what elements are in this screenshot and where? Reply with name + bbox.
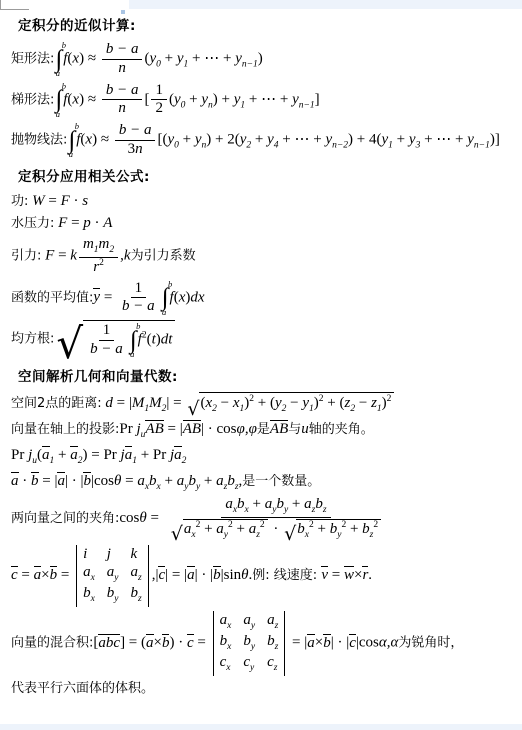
vector-overline: a: [307, 634, 315, 652]
math-operator: 1: [103, 322, 111, 338]
math-operator: = |: [288, 635, 307, 651]
math-variable: F: [61, 193, 70, 209]
radical: √(x2 − x1)2 + (y2 − y1)2 + (z2 − z1)2: [187, 392, 394, 416]
label-text: 引力:: [11, 249, 41, 264]
vector-overline: b: [50, 566, 58, 584]
math-operator: +: [393, 131, 409, 147]
subscript: z: [323, 505, 327, 515]
math-operator: ): [258, 50, 263, 66]
matrix-grid: ijkaxayazbxbybz: [83, 547, 142, 605]
matrix-cell: by: [107, 586, 119, 605]
formula-line: 代表平行六面体的体积。: [11, 680, 518, 698]
math-operator: + ⋯ +: [420, 131, 467, 147]
fraction: b − an: [102, 83, 143, 118]
math-variable: b − a: [122, 298, 155, 314]
math-variable: b: [131, 585, 139, 601]
math-variable: y: [467, 131, 474, 147]
matrix-cell: bz: [131, 586, 142, 605]
math-variable: c: [243, 654, 250, 670]
math-operator: =: [328, 567, 344, 583]
math-operator: )]: [490, 131, 500, 147]
section-heading: 定积分应用相关公式:: [18, 165, 518, 185]
math-operator: +: [200, 473, 216, 489]
vector-overline: a: [57, 472, 65, 490]
label-text: 与: [288, 422, 301, 437]
math-variable: b: [188, 473, 196, 489]
label-text: 是一个数量。: [242, 474, 320, 489]
math-variable: y: [174, 91, 181, 107]
math-variable: AB: [145, 421, 163, 437]
math-operator: +: [200, 521, 216, 537]
subscript: n−1: [242, 59, 258, 69]
math-variable: b: [243, 633, 251, 649]
math-operator: +: [288, 496, 304, 512]
radical: √bx2 + by2 + bz2: [284, 519, 381, 541]
math-operator: | · |: [65, 473, 84, 489]
matrix-cell: cy: [243, 655, 254, 674]
math-variable: θ: [241, 567, 248, 583]
matrix-cell: az: [131, 565, 142, 584]
vector-overline: a: [187, 566, 195, 584]
integral-glyph: ∫: [162, 288, 169, 308]
math-operator: ×: [154, 635, 162, 651]
math-variable: A: [103, 215, 112, 231]
radicand: (x2 − x1)2 + (y2 − y1)2 + (z2 − z1)2: [199, 392, 394, 416]
fraction-numerator: axbx + ayby + azbz: [221, 497, 330, 518]
subscript: y: [337, 530, 341, 540]
integral-lower-bound: a: [69, 150, 73, 159]
subscript: x: [226, 663, 230, 673]
fraction-denominator: n: [114, 60, 130, 77]
vector-overline: b: [323, 634, 331, 652]
math-operator: +: [314, 521, 330, 537]
integral-upper-bound: b: [136, 322, 140, 331]
label-text: 向量在轴上的投影:: [11, 422, 119, 437]
integral-upper-bound: b: [75, 122, 79, 131]
math-variable: b: [323, 635, 331, 651]
formula-line: c = a×b = ijkaxayazbxbybz,|c| = |a| · |b…: [11, 545, 518, 607]
math-variable: b: [149, 473, 157, 489]
label-text: 是: [257, 422, 270, 437]
fraction-numerator: 1: [99, 323, 115, 341]
matrix-cell: i: [83, 547, 87, 563]
math-variable: b: [83, 585, 91, 601]
formula-line: 空间2点的距离: d = |M1M2| = √(x2 − x1)2 + (y2 …: [11, 392, 518, 416]
math-operator: +: [233, 521, 249, 537]
superscript: 2: [373, 520, 378, 530]
math-variable: k: [124, 248, 131, 264]
vector-overline: a: [42, 446, 50, 464]
math-operator: =: [57, 567, 73, 583]
matrix-cell: bx: [83, 586, 95, 605]
formula-line: 引力: F = km1m2r2,k为引力系数: [11, 237, 518, 276]
subscript: 2: [109, 245, 114, 255]
math-variable: n: [118, 100, 126, 116]
subscript: z: [256, 530, 260, 540]
math-operator: = |: [113, 395, 132, 411]
radicand: bx2 + by2 + bz2: [296, 519, 381, 541]
math-variable: a: [307, 635, 315, 651]
math-variable: a: [267, 612, 275, 628]
math-variable: a: [187, 567, 195, 583]
integral-lower-bound: a: [56, 69, 60, 78]
math-variable: b − a: [90, 341, 123, 357]
integral-upper-bound: b: [168, 280, 172, 289]
math-operator: cos: [119, 511, 139, 527]
formula-line: 函数的平均值:y = 1b − ab∫af(x)dx: [11, 280, 518, 317]
section-heading: 定积分的近似计算:: [18, 14, 518, 34]
subscript: x: [91, 594, 95, 604]
math-operator: | · cos: [201, 421, 237, 437]
math-variable: a: [174, 447, 182, 463]
math-operator: | · |: [331, 635, 350, 651]
math-variable: AB: [183, 421, 201, 437]
section-heading: 空间解析几何和向量代数:: [18, 365, 518, 385]
math-variable: b: [276, 496, 284, 512]
math-variable: u: [301, 421, 309, 437]
math-variable: M: [132, 395, 145, 411]
math-variable: y: [267, 131, 274, 147]
math-variable: c: [187, 635, 194, 651]
math-variable: dt: [161, 332, 173, 348]
vector-overline: v: [321, 566, 328, 584]
math-variable: p: [83, 215, 91, 231]
determinant: axayazbxbybzcxcycz: [213, 611, 286, 676]
subscript: x: [91, 573, 95, 583]
math-operator: +: [346, 521, 362, 537]
math-operator: ]: [315, 91, 320, 107]
subscript: y: [224, 530, 228, 540]
math-operator: =: [121, 473, 137, 489]
formula-line: 两向量之间的夹角:cosθ = axbx + ayby + azbz√ax2 +…: [11, 497, 518, 541]
math-operator: + ⋯ +: [279, 131, 326, 147]
math-variable: y: [292, 91, 299, 107]
math-operator: [: [144, 91, 149, 107]
math-variable: y: [201, 91, 208, 107]
fraction: axbx + ayby + azbz√ax2 + ay2 + az2 · √bx…: [165, 497, 387, 541]
math-variable: φ: [237, 421, 245, 437]
formula-line: Pr ju(a1 + a2) = Pr ja1 + Pr ja2: [11, 446, 518, 468]
math-variable: φ: [249, 421, 257, 437]
math-operator: | =: [166, 395, 185, 411]
math-variable: W: [32, 193, 45, 209]
fraction-denominator: b − a: [86, 341, 127, 358]
matrix-cell: bx: [220, 634, 232, 653]
integral-lower-bound: a: [130, 350, 134, 359]
math-variable: a: [243, 612, 251, 628]
matrix-cell: ax: [220, 613, 232, 632]
matrix-cell: bz: [267, 634, 278, 653]
label-text: 矩形法:: [11, 51, 54, 66]
integral-sign: b∫a: [68, 122, 75, 159]
math-variable: m: [83, 236, 94, 252]
math-variable: a: [220, 612, 228, 628]
math-variable: a: [216, 521, 224, 537]
math-operator: ×: [354, 567, 362, 583]
math-operator: ·: [19, 473, 32, 489]
subscript: y: [251, 642, 255, 652]
radicand: 1b − ab∫af2(t)dt: [83, 320, 175, 359]
vector-overline: a: [98, 634, 106, 652]
superscript: 2: [387, 394, 392, 404]
subscript: x: [227, 642, 231, 652]
math-operator: +: [161, 473, 177, 489]
math-variable: d: [105, 395, 113, 411]
math-variable: m: [99, 236, 110, 252]
vector-overline: a: [11, 472, 19, 490]
math-operator: = |: [39, 473, 58, 489]
vector-overline: AB: [270, 420, 288, 438]
formula-line: 抛物线法:b∫af(x) ≈ b − a3n[(y0 + yn) + 2(y2 …: [11, 122, 518, 159]
fraction-denominator: 2: [151, 100, 167, 117]
subscript: n−1: [474, 140, 490, 150]
math-operator: +: [251, 131, 267, 147]
math-variable: dx: [190, 289, 204, 305]
math-operator: +: [249, 496, 265, 512]
integral-sign: b∫a: [162, 280, 169, 317]
integral-lower-bound: a: [162, 308, 166, 317]
vector-overline: c: [187, 634, 194, 652]
fraction: 1b − a: [86, 323, 127, 358]
math-variable: k: [70, 248, 77, 264]
math-variable: α: [379, 635, 387, 651]
vector-overline: a: [70, 446, 78, 464]
math-variable: a: [131, 564, 139, 580]
math-variable: c: [267, 654, 274, 670]
label-text: 抛物线法:: [11, 132, 67, 147]
fraction: 1b − a: [118, 281, 159, 316]
superscript: 2: [260, 520, 265, 530]
math-operator: + (: [324, 395, 345, 411]
viewer-background-strip-bottom: [0, 724, 522, 730]
math-operator: ] = (: [120, 635, 146, 651]
math-operator: −: [286, 395, 302, 411]
matrix-cell: az: [267, 613, 278, 632]
math-variable: b: [50, 567, 58, 583]
math-variable: F: [45, 248, 54, 264]
fraction-denominator: 3n: [124, 141, 147, 158]
vector-overline: b: [83, 472, 91, 490]
math-operator: ) ≈: [92, 131, 113, 147]
matrix-cell: ax: [83, 565, 95, 584]
matrix-cell: ay: [107, 565, 119, 584]
fraction: 12: [151, 83, 167, 118]
label-text: 水压力:: [11, 216, 54, 231]
integral-upper-bound: b: [62, 82, 66, 91]
math-variable: y: [409, 131, 416, 147]
border-artifact-vertical: [0, 0, 1, 10]
math-operator: ·: [91, 215, 104, 231]
math-variable: a: [304, 496, 312, 512]
matrix-cell: ay: [243, 613, 255, 632]
math-operator: =: [100, 289, 116, 305]
subscript: z: [138, 594, 142, 604]
label-text: 函数的平均值:: [11, 290, 93, 305]
subscript: z: [274, 663, 278, 673]
fraction: m1m2r2: [79, 237, 118, 276]
math-variable: a: [98, 635, 106, 651]
document-page: 定积分的近似计算:矩形法:b∫af(x) ≈ b − an(y0 + y1 + …: [0, 0, 522, 697]
math-variable: M: [149, 395, 162, 411]
subscript: x: [191, 530, 195, 540]
subscript: x: [305, 530, 309, 540]
math-operator: ·: [270, 522, 283, 538]
radical: √ax2 + ay2 + az2: [171, 519, 268, 541]
math-operator: =: [54, 248, 70, 264]
vector-overline: w: [344, 566, 354, 584]
math-variable: θ: [139, 511, 146, 527]
math-variable: c: [349, 635, 356, 651]
vector-overline: b: [31, 472, 39, 490]
math-operator: =: [67, 215, 83, 231]
vector-overline: AB: [145, 420, 163, 438]
label-text: 向量的混合积:: [11, 636, 93, 651]
label-text: 例: 线速度:: [252, 568, 321, 583]
vector-overline: a: [174, 446, 182, 464]
formula-line: 均方根:√1b − ab∫af2(t)dt: [11, 320, 518, 359]
math-operator: +: [54, 447, 70, 463]
fraction-numerator: 1: [151, 83, 167, 101]
label-text: 均方根:: [11, 332, 54, 347]
math-variable: b − a: [106, 82, 139, 98]
vector-overline: b: [213, 566, 221, 584]
math-variable: a: [225, 496, 233, 512]
fraction-denominator: √ax2 + ay2 + az2 · √bx2 + by2 + bz2: [165, 518, 387, 541]
label-text: 为锐角时，: [398, 636, 463, 651]
math-operator: −: [355, 395, 371, 411]
fraction-denominator: r2: [89, 258, 108, 276]
math-variable: a: [216, 473, 224, 489]
formula-line: 向量在轴上的投影:Pr juAB = |AB| · cosφ,φ是AB与u轴的夹…: [11, 420, 518, 442]
formula-line: 梯形法:b∫af(x) ≈ b − an[12(y0 + yn) + y1 + …: [11, 82, 518, 119]
superscript: 2: [99, 258, 104, 268]
integral-glyph: ∫: [68, 131, 75, 151]
formula-line: 矩形法:b∫af(x) ≈ b − an(y0 + y1 + ⋯ + yn−1): [11, 41, 518, 78]
vector-overline: AB: [183, 420, 201, 438]
math-operator: ) = Pr: [82, 447, 120, 463]
radical-glyph: √: [56, 327, 83, 361]
viewer-background-strip-top: [129, 0, 522, 9]
subscript: y: [250, 663, 254, 673]
fraction-numerator: b − a: [102, 83, 143, 101]
math-variable: v: [321, 567, 328, 583]
math-operator: 1: [135, 280, 143, 296]
math-variable: k: [131, 546, 138, 562]
label-text: 两向量之间的夹角:: [11, 512, 119, 527]
math-operator: Pr: [119, 421, 136, 437]
determinant: ijkaxayazbxbybz: [76, 545, 149, 607]
label-text: 为引力系数: [131, 249, 196, 264]
math-variable: b − a: [106, 41, 139, 57]
label-text: 代表平行六面体的体积。: [11, 681, 154, 696]
subscript: z: [370, 530, 374, 540]
math-operator: −: [217, 395, 233, 411]
subscript: 2: [182, 456, 187, 466]
integral-glyph: ∫: [55, 50, 62, 70]
matrix-cell: cx: [220, 655, 231, 674]
matrix-cell: cz: [267, 655, 277, 674]
fraction-numerator: m1m2: [79, 237, 118, 258]
subscript: n−2: [332, 140, 348, 150]
math-variable: a: [83, 564, 91, 580]
math-operator: + ⋯ +: [188, 50, 235, 66]
subscript: y: [114, 573, 118, 583]
math-variable: b: [297, 521, 305, 537]
math-operator: Pr: [11, 447, 28, 463]
label-text: 空间2点的距离:: [11, 396, 102, 411]
math-variable: b: [83, 473, 91, 489]
matrix-cell: by: [243, 634, 255, 653]
radicand: ax2 + ay2 + az2: [183, 519, 268, 541]
math-operator: |cos: [91, 473, 114, 489]
math-operator: =: [45, 193, 61, 209]
math-variable: w: [344, 567, 354, 583]
math-operator: ×: [315, 635, 323, 651]
math-variable: b: [213, 567, 221, 583]
subscript: y: [114, 594, 118, 604]
math-operator: =: [147, 511, 163, 527]
math-variable: a: [11, 473, 19, 489]
math-variable: a: [146, 635, 154, 651]
math-operator: |sin: [221, 567, 242, 583]
math-operator: | = |: [165, 567, 187, 583]
math-operator: ) ≈: [79, 91, 100, 107]
math-variable: a: [70, 447, 78, 463]
math-variable: i: [83, 546, 87, 562]
integral-glyph: ∫: [130, 331, 137, 351]
math-variable: b: [31, 473, 39, 489]
integral-sign: b∫a: [130, 322, 137, 359]
math-operator: |cos: [356, 635, 379, 651]
math-variable: y: [177, 50, 184, 66]
math-operator: =: [194, 635, 210, 651]
fraction-denominator: n: [114, 100, 130, 117]
math-operator: + (: [254, 395, 275, 411]
math-operator: ) + 2(: [206, 131, 239, 147]
math-variable: y: [195, 131, 202, 147]
subscript: x: [227, 621, 231, 631]
matrix-cell: k: [131, 547, 138, 563]
subscript: y: [251, 621, 255, 631]
math-variable: y: [275, 395, 282, 411]
integral-sign: b∫a: [55, 82, 62, 119]
border-artifact-dot: [121, 10, 125, 14]
label-text: 功:: [11, 194, 28, 209]
fraction-numerator: b − a: [115, 123, 156, 141]
fraction-denominator: b − a: [118, 298, 159, 315]
radical: √1b − ab∫af2(t)dt: [56, 320, 175, 359]
math-operator: ·: [70, 193, 83, 209]
math-variable: b: [315, 496, 323, 512]
border-artifact-horizontal: [0, 9, 29, 10]
math-variable: b: [362, 521, 370, 537]
formula-line: a · b = |a| · |b|cosθ = axbx + ayby + az…: [11, 472, 518, 494]
math-variable: s: [82, 193, 88, 209]
math-operator: ×: [41, 567, 49, 583]
math-variable: y: [235, 50, 242, 66]
matrix-cell: j: [107, 547, 111, 563]
integral-glyph: ∫: [55, 90, 62, 110]
math-operator: [(: [157, 131, 167, 147]
math-operator: =: [18, 567, 34, 583]
math-variable: j: [107, 546, 111, 562]
subscript: n−1: [299, 100, 315, 110]
matrix-grid: axayazbxbybzcxcycz: [220, 613, 279, 674]
radical-glyph: √: [284, 526, 296, 543]
math-variable: b: [106, 635, 114, 651]
vector-overline: b: [106, 634, 114, 652]
integral-lower-bound: a: [56, 110, 60, 119]
